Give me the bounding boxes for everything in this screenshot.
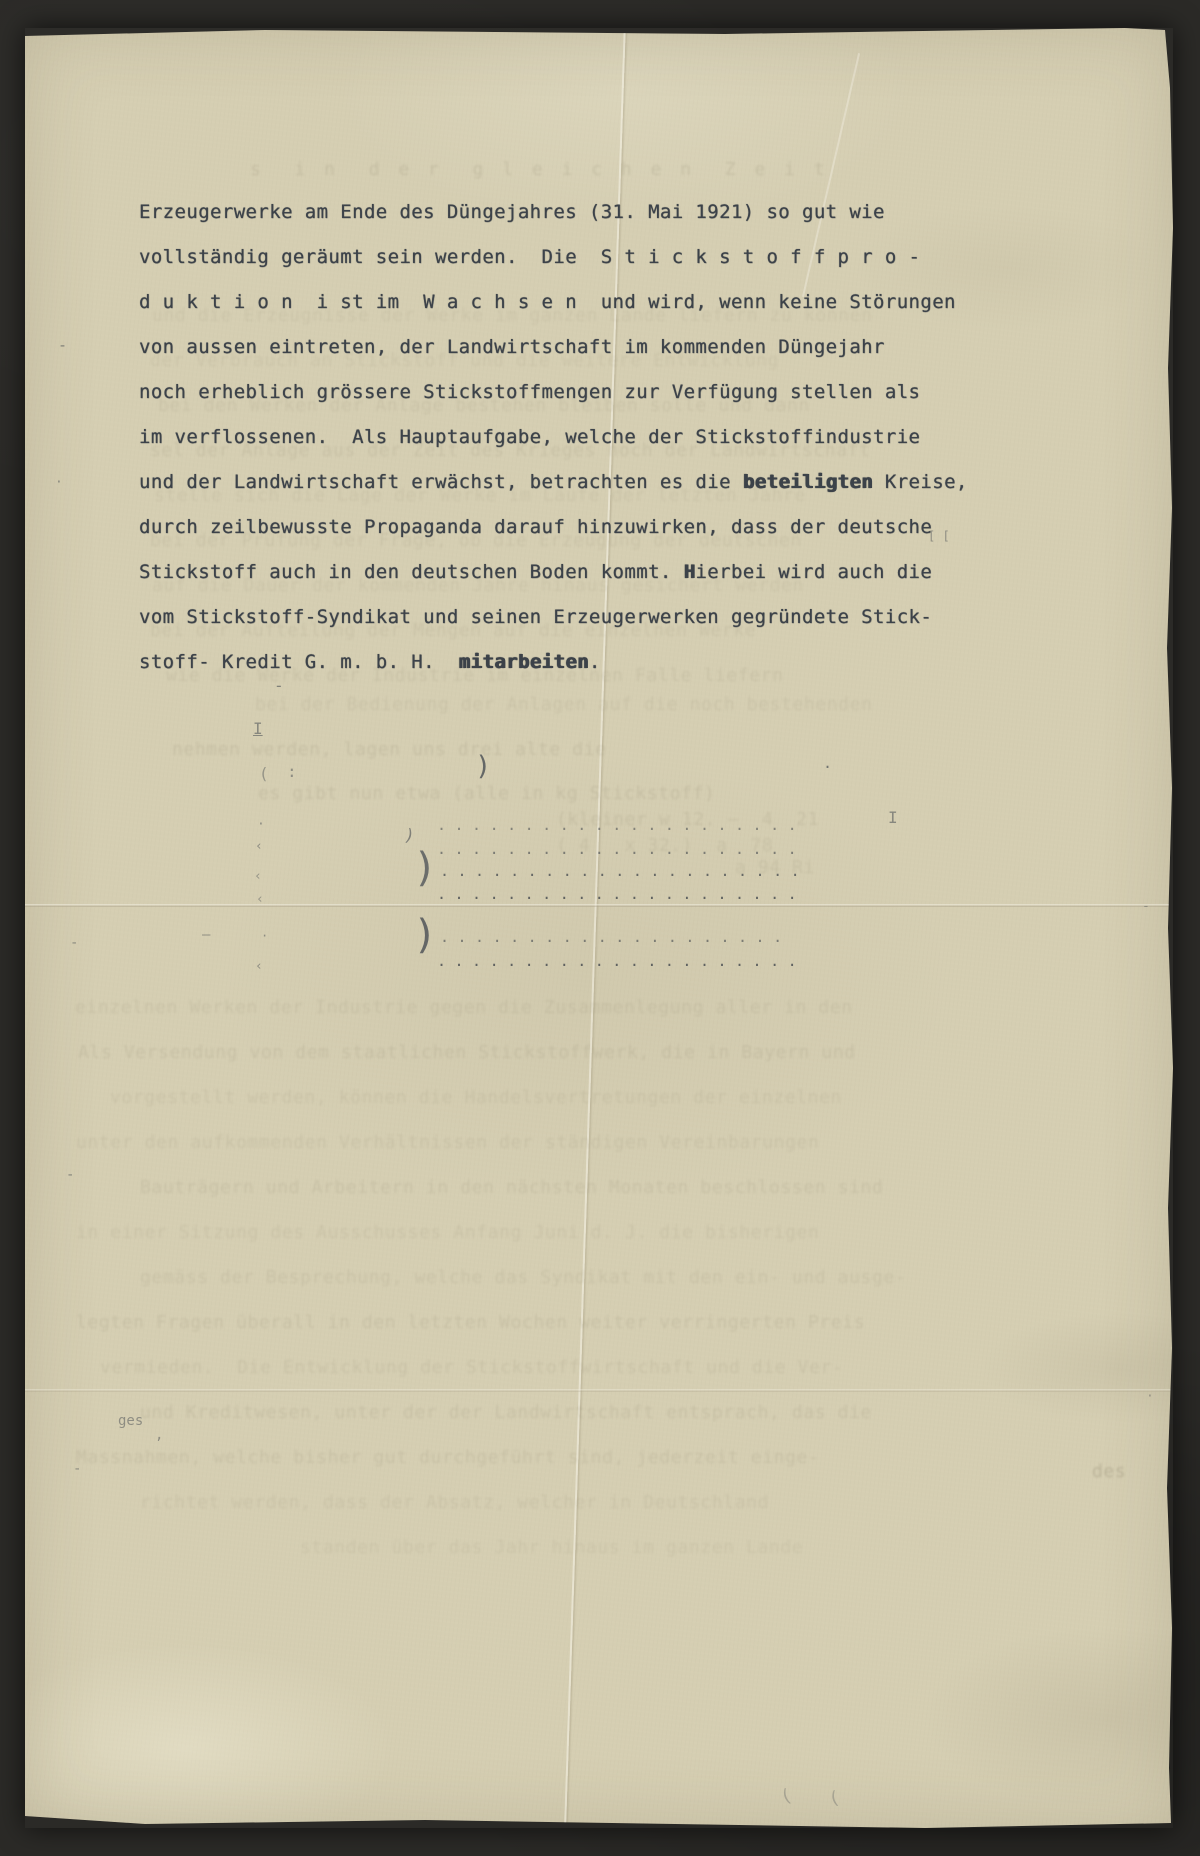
typed-line-9: Stickstoff auch in den deutschen Boden k… <box>139 550 968 595</box>
dotted-leader-row-1: ..................... <box>437 820 805 830</box>
typed-line-1: Erzeugerwerke am Ende des Düngejahres (3… <box>139 190 968 235</box>
bleedthrough-line-23: gemäss der Besprechung, welche das Syndi… <box>140 1268 906 1288</box>
bleedthrough-line-17: einzelnen Werken der Industrie gegen die… <box>75 998 853 1018</box>
typed-line-4: von aussen eintreten, der Landwirtschaft… <box>139 325 968 370</box>
typed-line-5: noch erheblich grössere Stickstoffmengen… <box>139 370 968 415</box>
typed-text: d u k t i o n i st im W a c h s e n und … <box>139 291 956 313</box>
bleedthrough-line-13: es gibt nun etwa (alle in kg Stickstoff) <box>258 784 715 804</box>
ink-mark-11: ‹ <box>254 870 262 883</box>
bleedthrough-line-27: Massnahmen, welche bisher gut durchgefüh… <box>76 1448 819 1468</box>
bleedthrough-line-30: standen über das Jahr hinaus im ganzen L… <box>300 1538 803 1558</box>
typed-text: Erzeugerwerke am Ende des Düngejahres (3… <box>139 201 885 223</box>
page-content: s i n d e r g l e i c h e n Z e i tund d… <box>0 0 1200 1856</box>
document-page: s i n d e r g l e i c h e n Z e i tund d… <box>25 28 1173 1828</box>
typed-line-11: stoff- Kredit G. m. b. H. mitarbeiten. <box>139 640 968 685</box>
typed-text: stoff- Kredit G. m. b. H. <box>139 651 459 673</box>
typed-text: vom Stickstoff-Syndikat und seinen Erzeu… <box>139 606 932 628</box>
typed-line-2: vollständig geräumt sein werden. Die S t… <box>139 235 968 280</box>
ink-mark-19: ges <box>118 1414 143 1428</box>
ink-mark-28: - <box>1142 900 1150 913</box>
bleedthrough-line-24: legten Fragen überall in den letzten Woc… <box>76 1313 865 1333</box>
ink-mark-24: - <box>66 1168 74 1182</box>
typed-text: ierbei wird auch die <box>695 561 932 583</box>
ink-mark-13: — <box>202 928 210 942</box>
bleedthrough-line-21: Bauträgern und Arbeitern in den nächsten… <box>140 1178 883 1198</box>
ink-mark-3: ) <box>413 848 437 888</box>
bleedthrough-line-12: nehmen werden, lagen uns drei alte die <box>172 740 607 760</box>
ink-mark-17: · <box>823 760 832 775</box>
ink-mark-9: · <box>257 818 265 831</box>
ink-mark-23: - <box>70 936 78 950</box>
bleedthrough-line-18: Als Versendung von dem staatlichen Stick… <box>78 1043 856 1063</box>
typed-line-6: im verflossenen. Als Hauptaufgabe, welch… <box>139 415 968 460</box>
overstruck-text: H <box>684 561 696 583</box>
ink-mark-10: ‹ <box>255 840 263 853</box>
typed-line-10: vom Stickstoff-Syndikat und seinen Erzeu… <box>139 595 968 640</box>
ink-mark-21: - <box>58 338 67 353</box>
ink-mark-7: : <box>287 764 297 780</box>
typed-text: von aussen eintreten, der Landwirtschaft… <box>139 336 885 358</box>
overstruck-text: mitarbeiten <box>459 651 589 673</box>
typed-text: noch erheblich grössere Stickstoffmengen… <box>139 381 920 403</box>
ink-mark-12: ‹ <box>256 893 264 906</box>
bleedthrough-line-26: und Kreditwesen, unter der der Landwirts… <box>140 1403 872 1423</box>
ink-mark-25: - <box>73 1462 81 1476</box>
typed-text: und der Landwirtschaft erwächst, betrach… <box>139 471 743 493</box>
typed-text: Kreise, <box>873 471 968 493</box>
horizontal-fold-crease-upper <box>25 904 1173 907</box>
ink-mark-26: ( <box>778 1787 794 1807</box>
typed-line-7: und der Landwirtschaft erwächst, betrach… <box>139 460 968 505</box>
typed-text: im verflossenen. Als Hauptaufgabe, welch… <box>139 426 920 448</box>
ink-mark-2: ) <box>402 827 416 846</box>
ink-mark-14: · <box>261 930 268 942</box>
typed-text: vollständig geräumt sein werden. Die S t… <box>139 246 920 268</box>
bleedthrough-line-28: des <box>1092 1462 1126 1482</box>
bleedthrough-line-25: vermieden. Die Entwicklung der Stickstof… <box>100 1358 843 1378</box>
dotted-leader-row-5: .................... <box>440 932 791 942</box>
dotted-leader-row-4: ..................... <box>437 889 805 899</box>
ink-mark-4: ) <box>413 915 437 955</box>
typed-line-3: d u k t i o n i st im W a c h s e n und … <box>139 280 968 325</box>
horizontal-fold-crease-lower <box>25 1389 1173 1392</box>
ink-mark-18: I <box>888 810 898 826</box>
ink-mark-6: I <box>253 721 263 737</box>
ink-mark-16: [ [ <box>928 530 950 542</box>
ink-mark-1: ) <box>475 753 491 780</box>
ink-mark-22: · <box>55 476 63 489</box>
bleedthrough-line-19: vorgestellt werden, können die Handelsve… <box>110 1088 842 1108</box>
ink-mark-27: ( <box>827 1789 841 1809</box>
ink-mark-15: ‹ <box>255 960 263 973</box>
dotted-leader-row-3: ..................... <box>440 866 808 876</box>
ink-mark-5: - <box>274 678 284 694</box>
bleedthrough-line-20: unter den aufkommenden Verhältnissen der… <box>76 1133 819 1153</box>
ink-mark-8: ( <box>259 766 269 782</box>
bleedthrough-line-22: in einer Sitzung des Ausschusses Anfang … <box>76 1223 819 1243</box>
dotted-leader-row-6: ..................... <box>437 956 805 966</box>
overstruck-text: beteiligten <box>743 471 873 493</box>
bleedthrough-line-29: richtet werden, dass der Absatz, welcher… <box>140 1493 769 1513</box>
typed-text: durch zeilbewusste Propaganda darauf hin… <box>139 516 932 538</box>
typed-line-8: durch zeilbewusste Propaganda darauf hin… <box>139 505 968 550</box>
typed-text: . <box>589 651 601 673</box>
ink-mark-29: · <box>1146 1390 1154 1403</box>
scan-image: { "meta": { "kind": "scanned typewritten… <box>0 0 1200 1856</box>
bleedthrough-line-11: bei der Bedienung der Anlagen auf die no… <box>255 695 873 715</box>
typed-text: Stickstoff auch in den deutschen Boden k… <box>139 561 684 583</box>
ink-mark-20: , <box>155 1428 163 1442</box>
bleedthrough-line-1: s i n d e r g l e i c h e n Z e i t <box>250 160 829 180</box>
typed-paragraph: Erzeugerwerke am Ende des Düngejahres (3… <box>139 190 968 685</box>
dotted-leader-row-2: ..................... <box>437 844 805 854</box>
